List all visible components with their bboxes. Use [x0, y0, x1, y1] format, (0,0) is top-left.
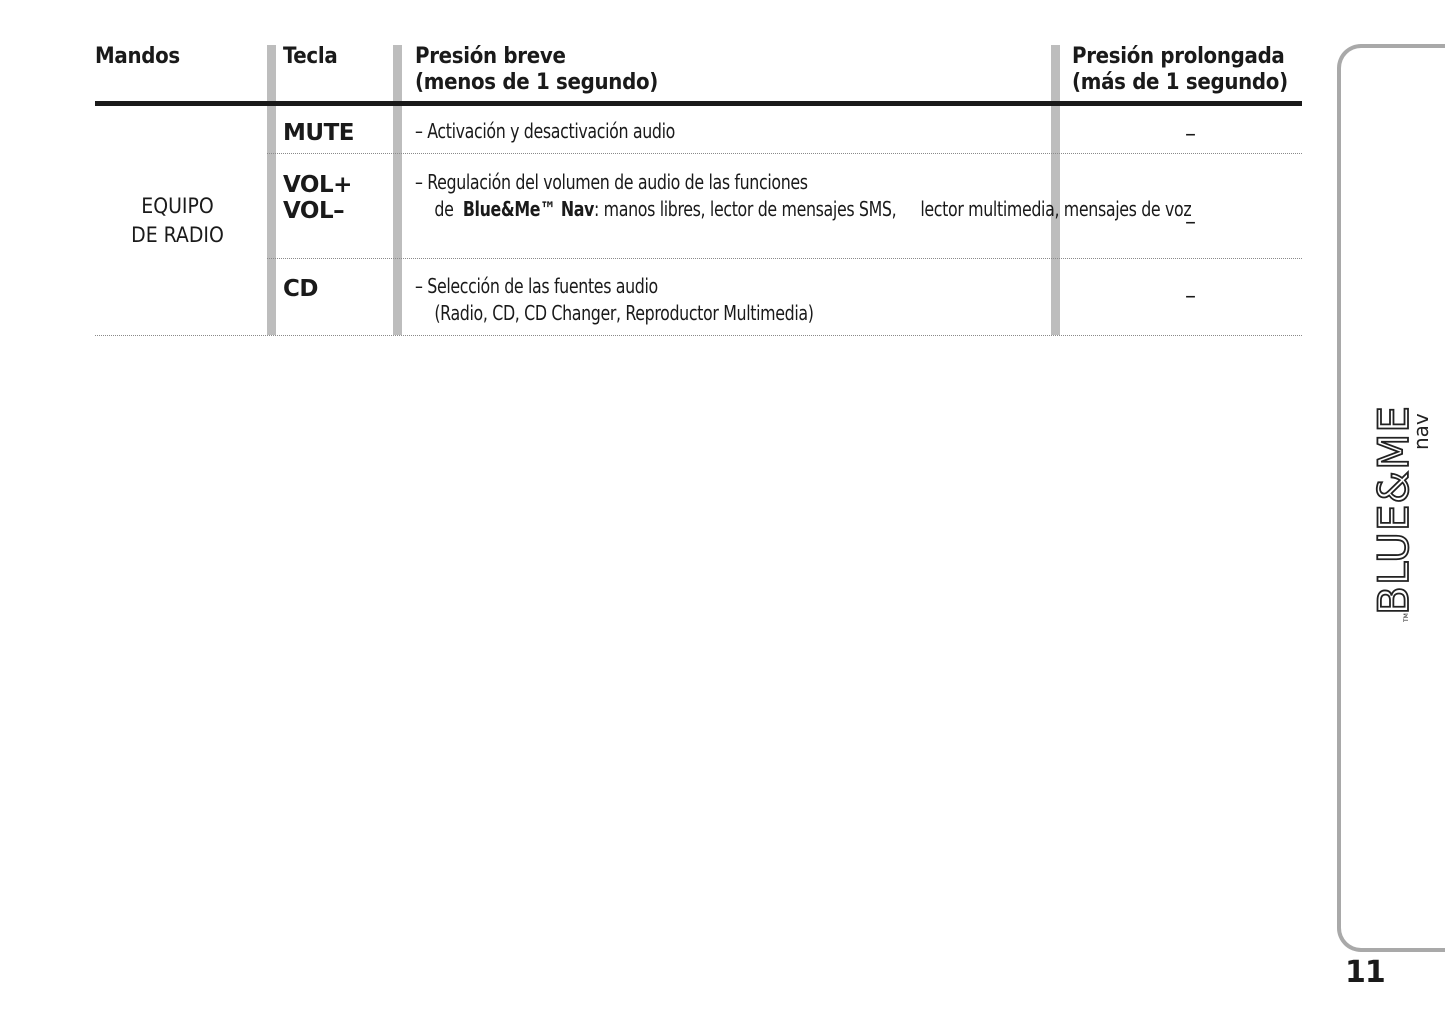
prolongada-mute: – — [1185, 122, 1196, 147]
desc-vol-line1: – Regulación del volumen de audio de las… — [415, 169, 1191, 196]
header-presion-breve: Presión breve (menos de 1 segundo) — [415, 44, 658, 108]
desc-cd: – Selección de las fuentes audio (Radio,… — [415, 273, 814, 327]
desc-vol-suffix: : manos libres, lector de mensajes SMS, — [594, 197, 896, 221]
prolongada-vol: – — [1185, 210, 1196, 235]
desc-cd-line2: (Radio, CD, CD Changer, Reproductor Mult… — [415, 300, 814, 327]
logo-sub-text: nav — [1409, 413, 1432, 450]
header-presion-prolongada: Presión prolongada (más de 1 segundo) — [1072, 44, 1288, 108]
key-mute: MUTE — [283, 120, 354, 146]
key-cd: CD — [283, 276, 318, 302]
desc-cd-line1: – Selección de las fuentes audio — [415, 273, 814, 300]
header-presion-breve-title: Presión breve — [415, 44, 658, 70]
desc-vol-line2: de Blue&Me™ Nav: manos libres, lector de… — [415, 196, 896, 223]
blue-and-me-nav-logo: BLUE&ME nav TM — [1362, 370, 1432, 630]
desc-mute: – Activación y desactivación audio — [415, 118, 675, 145]
desc-vol-prefix: de — [434, 197, 458, 221]
column-divider — [267, 45, 276, 335]
row-separator — [267, 258, 1302, 259]
desc-vol-line3: lector multimedia, mensajes de voz — [901, 196, 1191, 223]
product-name: Blue&Me™ Nav — [463, 197, 594, 221]
mandos-label-line2: DE RADIO — [95, 221, 260, 250]
key-vol-up: VOL+ — [283, 172, 352, 198]
column-divider — [393, 45, 402, 335]
header-presion-prolongada-title: Presión prolongada — [1072, 44, 1288, 70]
header-presion-prolongada-subtitle: (más de 1 segundo) — [1072, 70, 1288, 96]
svg-text:TM: TM — [1403, 613, 1410, 623]
mandos-label-line1: EQUIPO — [95, 192, 260, 221]
header-mandos: Mandos — [95, 44, 180, 108]
header-presion-breve-subtitle: (menos de 1 segundo) — [415, 70, 658, 96]
header-tecla: Tecla — [283, 44, 337, 108]
mandos-cell-equipo-radio: EQUIPO DE RADIO — [95, 192, 260, 250]
key-vol-down: VOL– — [283, 198, 344, 224]
page-number: 11 — [1345, 955, 1385, 990]
row-separator — [267, 153, 1302, 154]
header-rule — [95, 101, 1302, 106]
prolongada-cd: – — [1185, 284, 1196, 309]
table-bottom-rule — [95, 335, 1302, 336]
desc-vol: – Regulación del volumen de audio de las… — [415, 169, 1191, 223]
